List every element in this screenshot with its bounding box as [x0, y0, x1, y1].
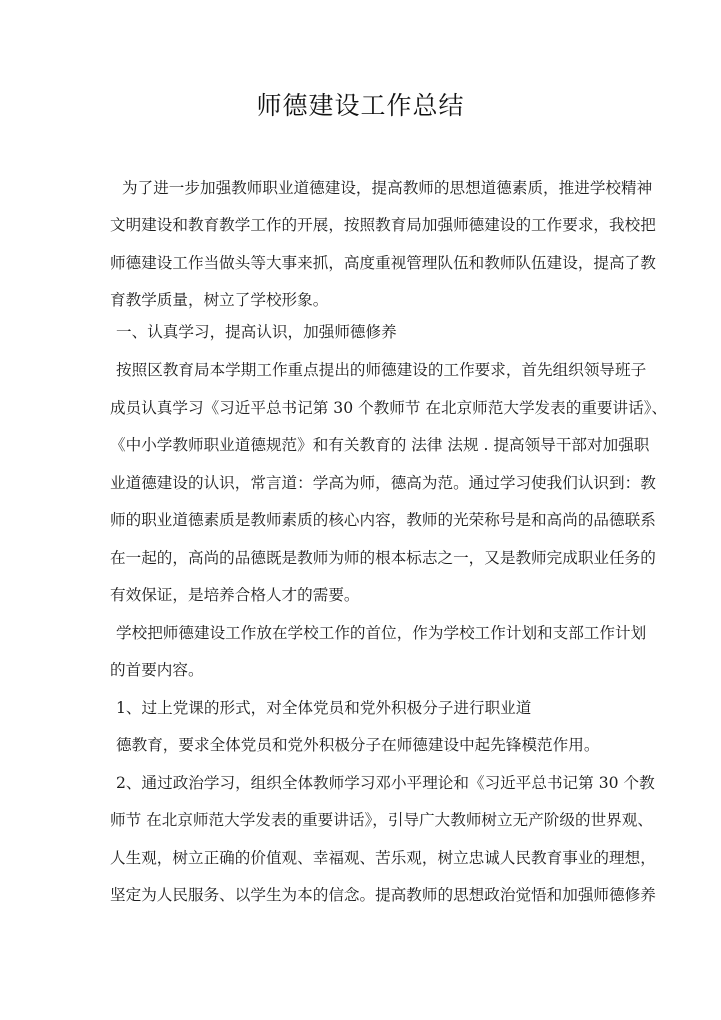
text-line: 业道德建设的认识，常言道：学高为师，德高为范。通过学习使我们认识到：教	[110, 471, 622, 495]
text-line: 2、通过政治学习，组织全体教师学习邓小平理论和《习近平总书记第 30 个教	[116, 771, 622, 795]
text-line: 学校把师德建设工作放在学校工作的首位，作为学校工作计划和支部工作计划	[116, 621, 622, 645]
text-line: 一、认真学习，提高认识，加强师德修养	[116, 320, 622, 344]
text-line: 1、过上党课的形式，对全体党员和党外积极分子进行职业道	[116, 696, 622, 720]
text-line: 成员认真学习《习近平总书记第 30 个教师节 在北京师范大学发表的重要讲话》、	[110, 396, 622, 420]
text-line: 育教学质量，树立了学校形象。	[110, 288, 622, 312]
text-line: 德教育，要求全体党员和党外积极分子在师德建设中起先锋模范作用。	[116, 733, 622, 757]
text-line: 《中小学教师职业道德规范》和有关教育的 法律 法规 . 提高领导干部对加强职	[110, 433, 622, 457]
text-line: 的首要内容。	[110, 658, 622, 682]
document-title: 师德建设工作总结	[0, 86, 721, 126]
text-line: 坚定为人民服务、以学生为本的信念。提高教师的思想政治觉悟和加强师德修养	[110, 883, 622, 907]
text-line: 师节 在北京师范大学发表的重要讲话》，引导广大教师树立无产阶级的世界观、	[110, 808, 622, 832]
text-line: 人生观，树立正确的价值观、幸福观、苦乐观，树立忠诚人民教育事业的理想，	[110, 846, 622, 870]
text-line: 文明建设和教育教学工作的开展，按照教育局加强师德建设的工作要求，我校把	[110, 213, 622, 237]
text-line: 有效保证，是培养合格人才的需要。	[110, 583, 622, 607]
text-line: 师的职业道德素质是教师素质的核心内容，教师的光荣称号是和高尚的品德联系	[110, 508, 622, 532]
text-line: 师德建设工作当做头等大事来抓，高度重视管理队伍和教师队伍建设，提高了教	[110, 251, 622, 275]
text-line: 在一起的，高尚的品德既是教师为师的根本标志之一，又是教师完成职业任务的	[110, 546, 622, 570]
text-line: 按照区教育局本学期工作重点提出的师德建设的工作要求，首先组织领导班子	[116, 358, 622, 382]
text-line: 为了进一步加强教师职业道德建设，提高教师的思想道德素质，推进学校精神	[122, 176, 622, 200]
document-page: 师德建设工作总结 为了进一步加强教师职业道德建设，提高教师的思想道德素质，推进学…	[0, 0, 721, 1020]
